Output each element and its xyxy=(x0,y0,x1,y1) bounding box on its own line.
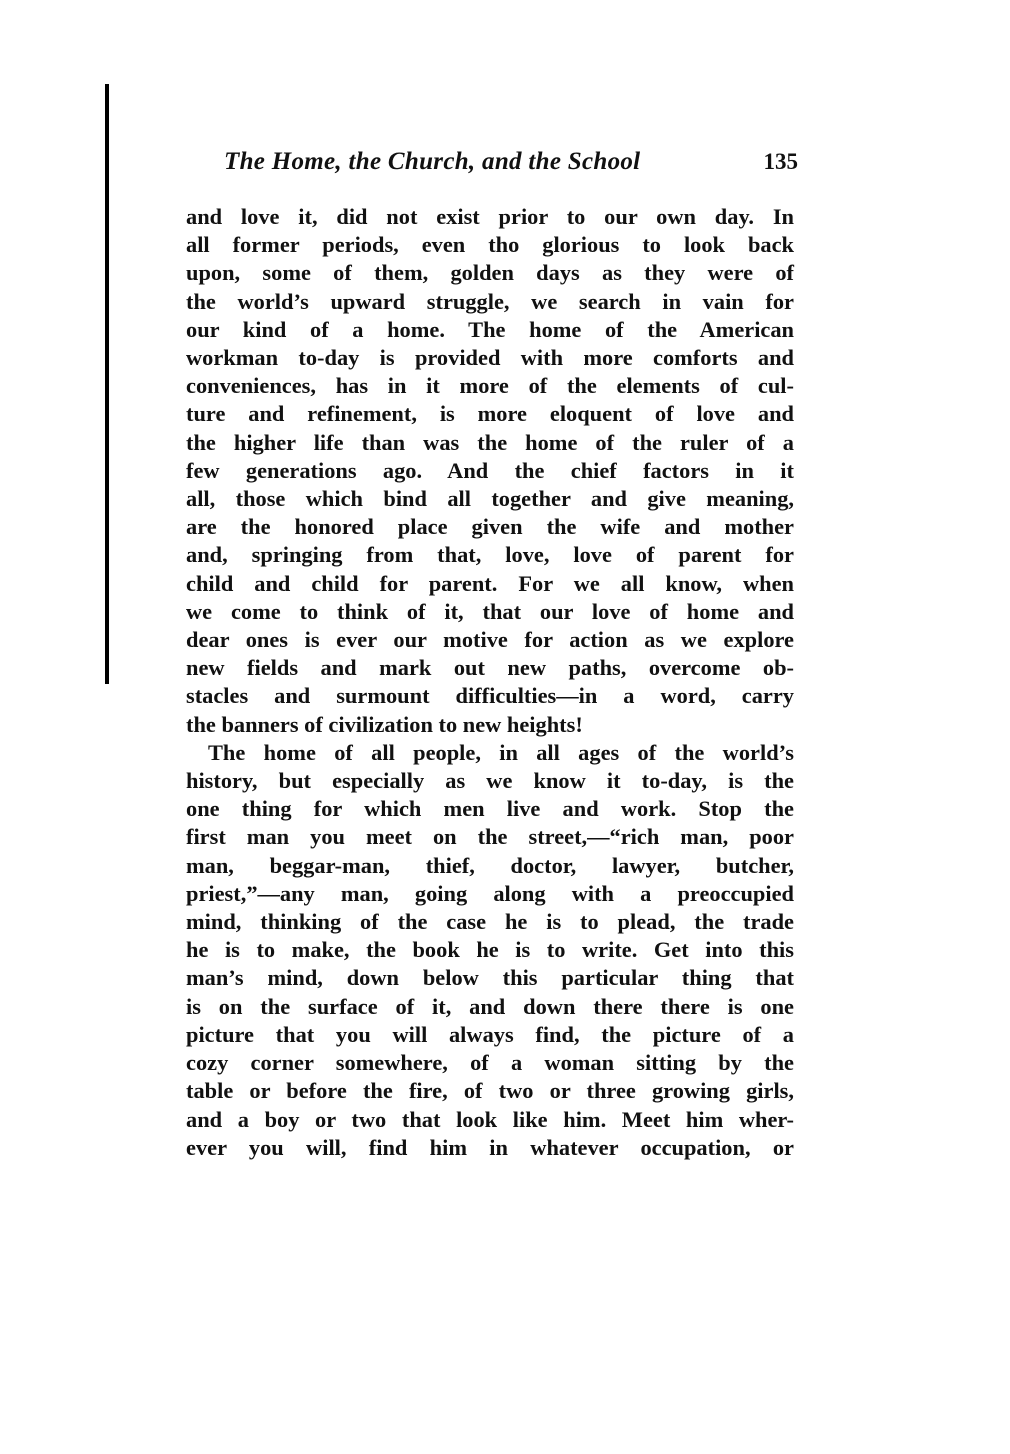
text-line: the higher life than was the home of the… xyxy=(186,429,794,457)
text-line: upon, some of them, golden days as they … xyxy=(186,259,794,287)
text-line: we come to think of it, that our love of… xyxy=(186,598,794,626)
text-line: and a boy or two that look like him. Mee… xyxy=(186,1106,794,1134)
text-line: all, those which bind all together and g… xyxy=(186,485,794,513)
text-line: and love it, did not exist prior to our … xyxy=(186,203,794,231)
text-line: mind, thinking of the case he is to plea… xyxy=(186,908,794,936)
text-line: child and child for parent. For we all k… xyxy=(186,570,794,598)
text-line: workman to-day is provided with more com… xyxy=(186,344,794,372)
text-line: he is to make, the book he is to write. … xyxy=(186,936,794,964)
text-line: one thing for which men live and work. S… xyxy=(186,795,794,823)
paragraph-1: and love it, did not exist prior to our … xyxy=(186,203,794,739)
text-line: all former periods, even tho glorious to… xyxy=(186,231,794,259)
text-line: ever you will, find him in whatever occu… xyxy=(186,1134,794,1162)
text-line: are the honored place given the wife and… xyxy=(186,513,794,541)
margin-rule xyxy=(105,84,109,684)
text-line: history, but especially as we know it to… xyxy=(186,767,794,795)
page-number: 135 xyxy=(764,146,799,178)
book-page: The Home, the Church, and the School 135… xyxy=(186,146,794,1162)
text-line: man, beggar-man, thief, doctor, lawyer, … xyxy=(186,852,794,880)
text-line: new fields and mark out new paths, overc… xyxy=(186,654,794,682)
text-line: The home of all people, in all ages of t… xyxy=(186,739,794,767)
text-line: few generations ago. And the chief facto… xyxy=(186,457,794,485)
text-line: man’s mind, down below this particular t… xyxy=(186,964,794,992)
text-line: the banners of civilization to new heigh… xyxy=(186,711,794,739)
text-line: stacles and surmount difficulties—in a w… xyxy=(186,682,794,710)
running-head: The Home, the Church, and the School 135 xyxy=(224,146,794,178)
text-line: cozy corner somewhere, of a woman sittin… xyxy=(186,1049,794,1077)
text-line: priest,”—any man, going along with a pre… xyxy=(186,880,794,908)
running-head-title: The Home, the Church, and the School xyxy=(224,146,640,178)
text-line: ture and refinement, is more eloquent of… xyxy=(186,400,794,428)
text-line: and, springing from that, love, love of … xyxy=(186,541,794,569)
text-line: conveniences, has in it more of the elem… xyxy=(186,372,794,400)
text-line: dear ones is ever our motive for action … xyxy=(186,626,794,654)
text-line: picture that you will always find, the p… xyxy=(186,1021,794,1049)
text-line: is on the surface of it, and down there … xyxy=(186,993,794,1021)
text-line: first man you meet on the street,—“rich … xyxy=(186,823,794,851)
text-line: our kind of a home. The home of the Amer… xyxy=(186,316,794,344)
paragraph-2: The home of all people, in all ages of t… xyxy=(186,739,794,1162)
text-line: the world’s upward struggle, we search i… xyxy=(186,288,794,316)
text-line: table or before the fire, of two or thre… xyxy=(186,1077,794,1105)
